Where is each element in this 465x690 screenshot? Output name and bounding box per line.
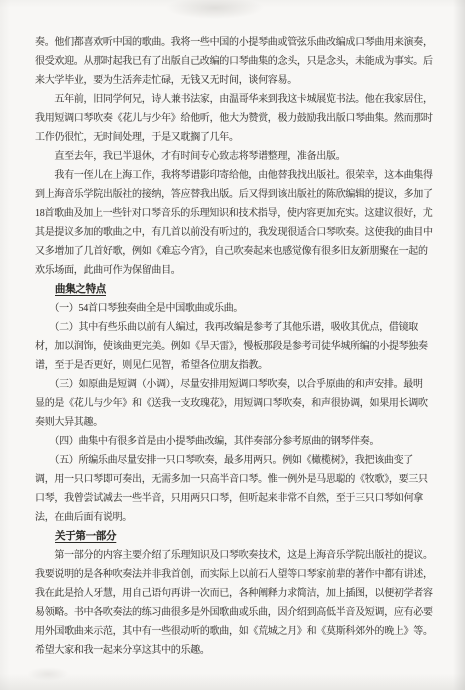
list-item-line: 材，加以润饰，使该曲更完美。例如《旱天雷》，慢板那段是参考司徒华城所编的小提琴独…: [35, 337, 441, 356]
text-line: 又多增加了几首好歌，例如《难忘今宵》，自己吹奏起来也感觉像有很多旧友新朋聚在一起…: [35, 242, 441, 261]
text-line: 到上海音乐学院出版社的接纳，答应替我出版。后又得到该出版社的陈欣编辑的提议，多加…: [35, 185, 441, 204]
text-line: 奏。他们都喜欢听中国的歌曲。我将一些中国的小提琴曲或管弦乐曲改编成口琴曲用来演奏…: [35, 33, 441, 52]
list-item-line: 谱，至于是否更好，则见仁见智，希望各位朋友指教。: [35, 356, 441, 375]
list-item-line: （二）其中有些乐曲以前有人编过，我再改编是参考了其他乐谱，吸收其优点，借镜取: [35, 318, 441, 337]
text-line: 18首歌曲及加上一些针对口琴音乐的乐理知识和技术指导，使内容更加充实。这建议很好…: [35, 204, 441, 223]
text-line: 我用短调口琴吹奏《花儿与少年》给他听，他大为赞赏，极力鼓励我出版口琴曲集。然而那…: [35, 109, 441, 128]
text-line: 其是提议多加的歌曲之中，有几首以前没有听过的，我发现很适合口琴吹奏。这使我的曲目…: [35, 223, 441, 242]
text-line: 用外国歌曲来示范，其中有一些很动听的歌曲，如《荒城之月》和《莫斯科郊外的晚上》等…: [35, 622, 441, 641]
list-item-line: （四）曲集中有很多首是由小提琴曲改编，其伴奏部分参考原曲的钢琴伴奏。: [35, 432, 441, 451]
text-line: 直至去年，我已半退休，才有时间专心致志将琴谱整理，准备出版。: [35, 147, 441, 166]
list-item-line: （三）如原曲是短调（小调），尽量安排用短调口琴吹奏，以合乎原曲的和声安排。最明: [35, 375, 441, 394]
section-heading-about-part-one: 关于第一部分: [35, 527, 441, 546]
text-line: 我要说明的是各种吹奏法并非我首创，而实际上以前石人望等口琴家前辈的著作中都有讲述…: [35, 565, 441, 584]
list-item-line: 显的是《花儿与少年》和《送我一支玫瑰花》，用短调口琴吹奏，和声很协调，如果用长调…: [35, 394, 441, 413]
text-line: 来大学毕业，要为生活奔走忙碌，无钱又无时间，谈何容易。: [35, 71, 441, 90]
list-item-line: 调，用一只口琴即可奏出，无需多加一只高半音口琴。惟一例外是马思聪的《牧歌》，要三…: [35, 470, 441, 489]
text-line: 五年前，旧同学何兄，诗人兼书法家，由温哥华来到我这卡城展览书法。他在我家居住，: [35, 90, 441, 109]
text-line: 我有一侄儿在上海工作，我将琴谱影印寄给他，由他替我找出版社。很荣幸，这本曲集得: [35, 166, 441, 185]
text-line: 欢乐场面，此曲可作为保留曲目。: [35, 261, 441, 280]
document-content: 奏。他们都喜欢听中国的歌曲。我将一些中国的小提琴曲或管弦乐曲改编成口琴曲用来演奏…: [35, 33, 441, 660]
text-line: 第一部分的内容主要介绍了乐理知识及口琴吹奏技术，这是上海音乐学院出版社的提议。: [35, 546, 441, 565]
text-line: 工作仍很忙，无时间处理，于是又耽搁了几年。: [35, 128, 441, 147]
list-item-line: （五）所编乐曲尽量安排一只口琴吹奏，最多用两只。例如《橄榄树》，我把该曲变了: [35, 451, 441, 470]
text-line: 我在此是拾人牙慧，用自己语句再讲一次而已，各种阐释力求简洁，加上插图，以便初学者…: [35, 584, 441, 603]
text-line: 易领略。书中各吹奏法的练习曲很多是外国歌曲或乐曲，因介绍到高低半音及短调，应有必…: [35, 603, 441, 622]
list-item-line: 口琴，我曾尝试减去一些半音，只用两只口琴，但听起来非常不自然，至于三只口琴如何拿: [35, 489, 441, 508]
scanned-document-page: 奏。他们都喜欢听中国的歌曲。我将一些中国的小提琴曲或管弦乐曲改编成口琴曲用来演奏…: [0, 0, 465, 690]
section-heading-collection-features: 曲集之特点: [35, 280, 441, 299]
list-item-line: 奏则大异其趣。: [35, 413, 441, 432]
text-line: 很受欢迎。从那时起我已有了出版自己改编的口琴曲集的念头，只是念头，未能成为事实。…: [35, 52, 441, 71]
list-item-line: 法，在曲后面有说明。: [35, 508, 441, 527]
text-line: 希望大家和我一起来分享这其中的乐趣。: [35, 641, 441, 660]
list-item-line: （一）54首口琴独奏曲全是中国歌曲或乐曲。: [35, 299, 441, 318]
